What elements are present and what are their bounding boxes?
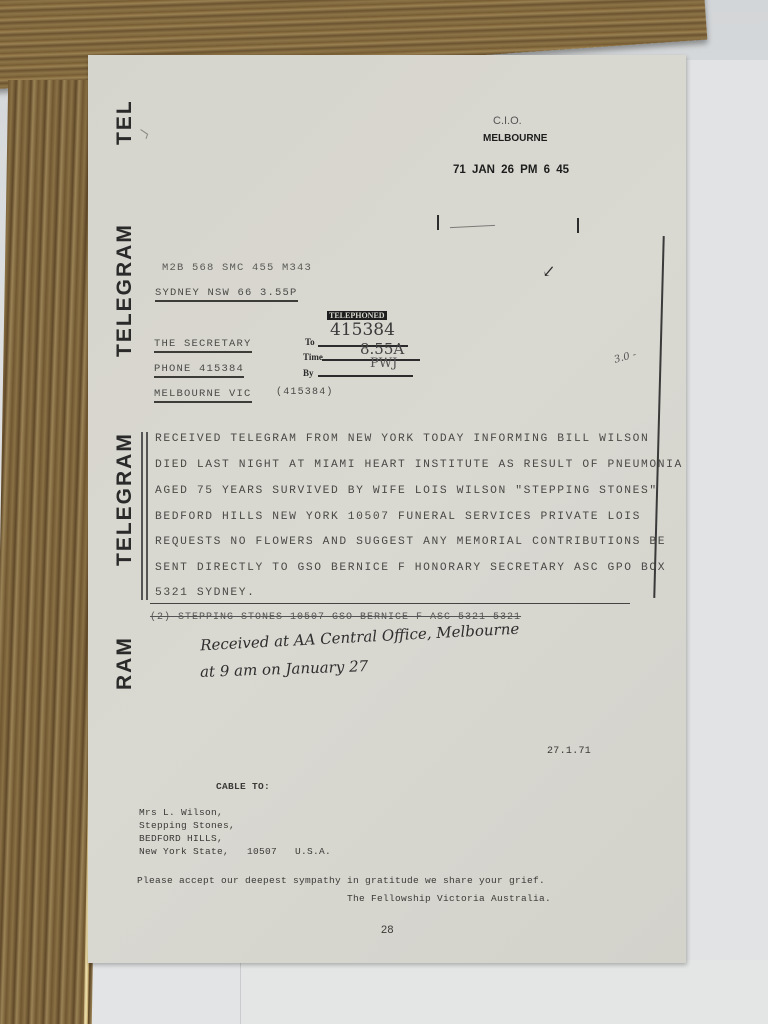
office-stamp-datetime: 71 JAN 26 PM 6 45: [453, 164, 569, 176]
telephoned-stamp: TELEPHONED: [327, 311, 387, 320]
telephoned-time-label: Time: [303, 352, 323, 362]
vertical-label-telegram-2: TELEGRAM: [113, 432, 137, 566]
message-rule-left-2: [146, 432, 148, 600]
origin-line: SYDNEY NSW 66 3.55P: [155, 287, 298, 302]
reply-date: 27.1.71: [547, 746, 591, 757]
backing-sheet-right: [685, 60, 768, 960]
telephoned-to-label: To: [305, 337, 315, 347]
message-line: SENT DIRECTLY TO GSO BERNICE F HONORARY …: [155, 562, 666, 574]
reply-address-line: Stepping Stones,: [139, 820, 235, 831]
telephoned-by-label: By: [303, 368, 314, 378]
pencil-tick: [437, 215, 439, 230]
message-line: DIED LAST NIGHT AT MIAMI HEART INSTITUTE…: [155, 459, 683, 471]
message-line: REQUESTS NO FLOWERS AND SUGGEST ANY MEMO…: [155, 536, 666, 548]
office-stamp-city: MELBOURNE: [483, 133, 547, 144]
message-rule-left-1: [141, 432, 143, 600]
vertical-label-ram: RAM: [113, 636, 137, 690]
addressee-phone-paren: (415384): [276, 387, 334, 398]
reply-signature: The Fellowship Victoria Australia.: [347, 893, 551, 904]
office-stamp-office: C.I.O.: [493, 115, 522, 127]
addressee-city: MELBOURNE VIC: [154, 388, 252, 403]
reply-message: Please accept our deepest sympathy in gr…: [137, 875, 545, 886]
reply-address-line: BEDFORD HILLS,: [139, 833, 223, 844]
message-line: AGED 75 YEARS SURVIVED BY WIFE LOIS WILS…: [155, 485, 658, 497]
message-line: RECEIVED TELEGRAM FROM NEW YORK TODAY IN…: [155, 433, 649, 445]
reply-heading: CABLE TO:: [216, 781, 270, 792]
message-line: BEDFORD HILLS NEW YORK 10507 FUNERAL SER…: [155, 511, 641, 523]
vertical-label-tel: TEL: [113, 99, 137, 145]
reply-address-line: New York State, 10507 U.S.A.: [139, 846, 331, 857]
message-underline: [150, 603, 630, 604]
struck-line: (2) STEPPING STONES 10507 GSO BERNICE F …: [150, 612, 521, 623]
reply-address-line: Mrs L. Wilson,: [139, 807, 223, 818]
vertical-label-telegram-1: TELEGRAM: [113, 223, 137, 357]
telephoned-by-value: PWJ: [370, 356, 397, 371]
pencil-tick: [577, 218, 579, 233]
backing-sheet-bottom: [240, 960, 768, 1024]
addressee-phone: PHONE 415384: [154, 363, 244, 378]
addressee-name: THE SECRETARY: [154, 338, 252, 353]
telephoned-to-value: 415384: [330, 320, 395, 340]
telephoned-by-line: [318, 375, 413, 377]
page-number: 28: [381, 924, 394, 936]
header-code: M2B 568 SMC 455 M343: [162, 262, 312, 274]
message-line: 5321 SYDNEY.: [155, 587, 256, 599]
